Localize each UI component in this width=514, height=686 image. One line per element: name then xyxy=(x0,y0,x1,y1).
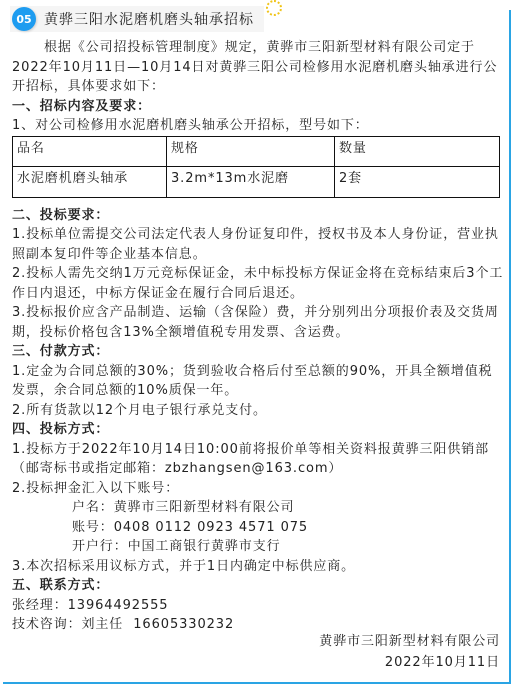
signature-date: 2022年10月11日 xyxy=(385,651,500,670)
article-body: 根据《公司招投标管理制度》规定，黄骅市三阳新型材料有限公司定于2022年10月1… xyxy=(12,38,504,635)
section4-item-2: 2.投标押金汇入以下账号： xyxy=(12,479,504,499)
section4-item-1: 1.投标方于2022年10月14日10:00前将报价单等相关资料报黄骅三阳供销部… xyxy=(12,440,504,479)
table-cell: 水泥磨机磨头轴承 xyxy=(13,167,167,198)
signature-company: 黄骅市三阳新型材料有限公司 xyxy=(319,630,500,649)
page-title: 黄骅三阳水泥磨机磨头轴承招标 xyxy=(44,9,254,29)
section2-item: 2.投标人需先交纳1万元竞标保证金，未中标投标方保证金将在竞标结束后3个工作日内… xyxy=(12,264,504,303)
table-row: 水泥磨机磨头轴承 3.2m*13m水泥磨 2套 xyxy=(13,167,500,198)
section-heading-2: 二、投标要求： xyxy=(12,206,504,226)
table-cell: 2套 xyxy=(335,167,500,198)
section1-item-1: 1、对公司检修用水泥磨机磨头轴承公开招标，型号如下： xyxy=(12,116,504,136)
account-number: 账号：0408 0112 0923 4571 075 xyxy=(12,518,504,538)
section4-item-3: 3.本次招标采用议标方式，并于1日内确定中标供应商。 xyxy=(12,557,504,577)
section3-item: 1.定金为合同总额的30%；货到验收合格后付至总额的90%，开具全额增值税发票，… xyxy=(12,362,504,401)
bank-name: 开户行：中国工商银行黄骅市支行 xyxy=(12,537,504,557)
section-heading-3: 三、付款方式： xyxy=(12,342,504,362)
section-heading-5: 五、联系方式： xyxy=(12,576,504,596)
section-number-badge: 05 xyxy=(12,7,36,31)
contact-manager: 张经理：13964492555 xyxy=(12,596,504,616)
section-heading-4: 四、投标方式： xyxy=(12,420,504,440)
section-title-bar: 05 黄骅三阳水泥磨机磨头轴承招标 xyxy=(10,6,264,32)
spec-table: 品名 规格 数量 水泥磨机磨头轴承 3.2m*13m水泥磨 2套 xyxy=(12,136,500,198)
table-header-cell: 规格 xyxy=(167,136,335,167)
table-cell: 3.2m*13m水泥磨 xyxy=(167,167,335,198)
section2-item: 1.投标单位需提交公司法定代表人身份证复印件，授权书及本人身份证，营业执照副本复… xyxy=(12,225,504,264)
section3-item: 2.所有货款以12个月电子银行承兑支付。 xyxy=(12,401,504,421)
table-header-row: 品名 规格 数量 xyxy=(13,136,500,167)
dotted-circle-icon xyxy=(266,0,282,16)
table-header-cell: 品名 xyxy=(13,136,167,167)
account-name: 户名：黄骅市三阳新型材料有限公司 xyxy=(12,498,504,518)
table-header-cell: 数量 xyxy=(335,136,500,167)
intro-paragraph: 根据《公司招投标管理制度》规定，黄骅市三阳新型材料有限公司定于2022年10月1… xyxy=(12,38,504,97)
section2-item: 3.投标报价应含产品制造、运输（含保险）费，并分别列出分项报价表及交货周期，投标… xyxy=(12,303,504,342)
section-heading-1: 一、招标内容及要求： xyxy=(12,97,504,117)
